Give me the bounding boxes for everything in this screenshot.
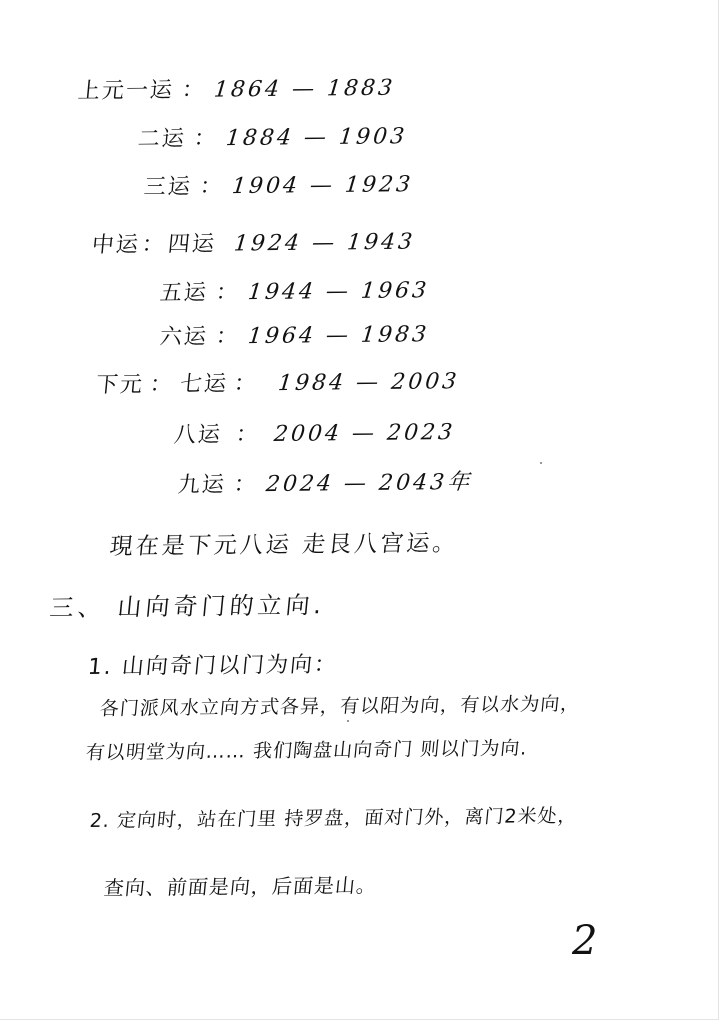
period-label: 上元一运 — [77, 73, 176, 105]
end-year: 1903 — [338, 124, 408, 150]
item-2-line-1: 查向、前面是向，后面是山。 — [103, 869, 379, 901]
colon: ： — [193, 121, 220, 152]
item-1-line-1: 各门派风水立向方式各异，有以阳为向，有以水为向， — [99, 689, 582, 721]
end-year: 1963 — [360, 278, 430, 304]
period-line-3: 三运：1904 — 1923 — [143, 167, 415, 201]
colon: ： — [141, 227, 168, 258]
colon: ： — [199, 169, 226, 200]
start-year: 1944 — [247, 279, 317, 305]
period-years: 1984 — 2003 — [277, 369, 461, 396]
period-label: 八运 — [173, 417, 224, 449]
period-label: 六运 — [159, 319, 210, 351]
start-year: 1984 — [277, 370, 347, 396]
colon: ： — [233, 467, 260, 498]
era-label: 中运 — [91, 227, 142, 259]
start-year: 2024 — [265, 471, 335, 497]
end-year: 1943 — [346, 230, 416, 256]
end-year: 2023 — [386, 420, 456, 446]
item-1-line-2: 有以明堂为向…… 我们陶盘山向奇门 则以门为向. — [85, 733, 529, 765]
section-heading: 三、 山向奇门的立向. — [48, 585, 327, 623]
start-year: 1964 — [247, 323, 317, 349]
colon: ： — [215, 319, 242, 350]
scan-speck — [540, 462, 542, 464]
period-years: 1964 — 1983 — [247, 322, 431, 349]
colon: ： — [215, 275, 242, 306]
current-period-note: 現在是下元八运 走艮八宫运。 — [108, 524, 460, 561]
start-year: 1904 — [231, 173, 301, 199]
start-year: 1924 — [233, 231, 303, 257]
period-years: 1884 — 1903 — [225, 124, 409, 151]
colon: ： — [235, 417, 262, 448]
period-line-4: 中运：四运1924 — 1943 — [91, 225, 417, 259]
period-label: 五运 — [159, 275, 210, 307]
era-label: 下元 — [95, 367, 146, 399]
period-line-9: 九运：2024 — 2043年 — [177, 465, 474, 499]
scanned-page: 上元一运：1864 — 1883 二运：1884 — 1903 三运：1904 … — [0, 0, 719, 1020]
item-2-title: 2. 定向时，站在门里 持罗盘，面对门外，离门2米处， — [89, 801, 579, 833]
period-line-8: 八运：2004 — 2023 — [173, 415, 457, 449]
period-years: 1944 — 1963 — [247, 278, 431, 305]
end-year: 1923 — [344, 172, 414, 198]
period-label: 七运 — [179, 367, 230, 399]
period-label: 九运 — [177, 467, 228, 499]
colon: ： — [233, 366, 260, 397]
end-year: 1883 — [326, 76, 396, 102]
period-years: 1864 — 1883 — [213, 76, 397, 103]
start-year: 1864 — [213, 77, 283, 103]
start-year: 2004 — [273, 421, 343, 447]
period-years: 1924 — 1943 — [233, 230, 417, 257]
period-years: 1904 — 1923 — [231, 172, 415, 199]
period-line-6: 六运：1964 — 1983 — [159, 317, 431, 351]
end-year: 1983 — [360, 322, 430, 348]
period-years: 2004 — 2023 — [273, 420, 457, 447]
start-year: 1884 — [225, 125, 295, 151]
end-year: 2003 — [390, 369, 460, 395]
item-1-title: 1. 山向奇门以门为向： — [87, 647, 340, 681]
period-years: 2024 — 2043年 — [265, 465, 474, 498]
period-label: 四运 — [167, 227, 218, 259]
period-label: 二运 — [137, 121, 188, 153]
period-line-1: 上元一运：1864 — 1883 — [77, 71, 397, 105]
period-label: 三运 — [143, 169, 194, 201]
end-year: 2043年 — [378, 470, 473, 496]
scan-speck — [347, 720, 349, 722]
colon: ： — [181, 73, 208, 104]
page-number: 2 — [572, 918, 597, 964]
colon: ： — [149, 367, 176, 398]
period-line-2: 二运：1884 — 1903 — [137, 119, 409, 153]
period-line-5: 五运：1944 — 1963 — [159, 273, 431, 307]
period-line-7: 下元：七运：1984 — 2003 — [95, 364, 461, 399]
